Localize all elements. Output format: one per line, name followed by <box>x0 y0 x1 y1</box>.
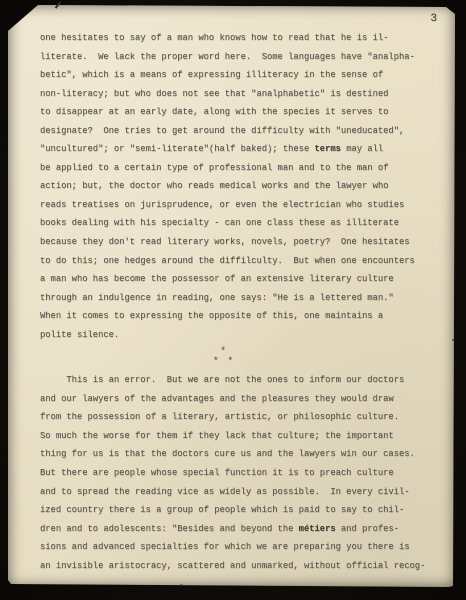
paragraph-1: one hesitates to say of a man who knows … <box>40 29 440 344</box>
typed-text: one hesitates to say of a man who knows … <box>40 29 440 575</box>
typed-line: books dealing with his specialty - can o… <box>40 214 440 233</box>
paragraph-2: This is an error. But we are not the one… <box>40 371 440 575</box>
typed-line: So much the worse for them if they lack … <box>40 427 440 446</box>
photo-background: 3 one hesitates to say of a man who know… <box>0 0 466 600</box>
typed-line: because they don't read literary works, … <box>40 233 440 252</box>
typed-line: betic", which is a means of expressing i… <box>40 66 440 85</box>
typed-line: from the possession of a literary, artis… <box>40 408 440 427</box>
page-number: 3 <box>430 13 437 25</box>
paper-speck <box>180 584 183 586</box>
typed-line: non-literacy; but who does not see that … <box>40 85 440 104</box>
typed-line: an invisible aristocracy, scattered and … <box>40 557 440 576</box>
typed-line: literate. We lack the proper word here. … <box>40 48 440 67</box>
typed-line: reads treatises on jurisprudence, or eve… <box>40 196 440 215</box>
typed-line: designate? One tries to get around the d… <box>40 122 440 141</box>
typed-line: thing for us is that the doctors cure us… <box>40 445 440 464</box>
typed-line: be applied to a certain type of professi… <box>40 159 440 178</box>
typed-line: polite silence. <box>40 326 440 345</box>
typed-line: "uncultured"; or "semi-literate"(half ba… <box>40 140 440 159</box>
typed-line: one hesitates to say of a man who knows … <box>40 29 440 48</box>
typed-line: This is an error. But we are not the one… <box>40 371 440 390</box>
typed-line: ized country there is a group of people … <box>40 501 440 520</box>
typed-line: to do this; one hedges around the diffil… <box>40 252 440 271</box>
typed-line: a man who has become the possessor of an… <box>40 270 440 289</box>
typed-line: dren and to adolescents: "Besides and be… <box>40 520 440 539</box>
section-break-asterisks: * * * <box>40 347 408 366</box>
typed-line: action; but, the doctor who reads medica… <box>40 177 440 196</box>
typed-line: through an indulgence in reading, one sa… <box>40 289 440 308</box>
paper-speck <box>452 339 454 341</box>
typed-line: to disappear at an early date, along wit… <box>40 103 440 122</box>
typed-line: sions and advanced specialties for which… <box>40 538 440 557</box>
typed-line: and our lawyers of the advantages and th… <box>40 390 440 409</box>
asterisk-row-bottom: * * <box>40 357 408 367</box>
typed-line: When it comes to expressing the opposite… <box>40 307 440 326</box>
typed-line: and to spread the reading vice as widely… <box>40 483 440 502</box>
typescript-page: 3 one hesitates to say of a man who know… <box>8 5 455 587</box>
typed-line: But there are people whose special funct… <box>40 464 440 483</box>
